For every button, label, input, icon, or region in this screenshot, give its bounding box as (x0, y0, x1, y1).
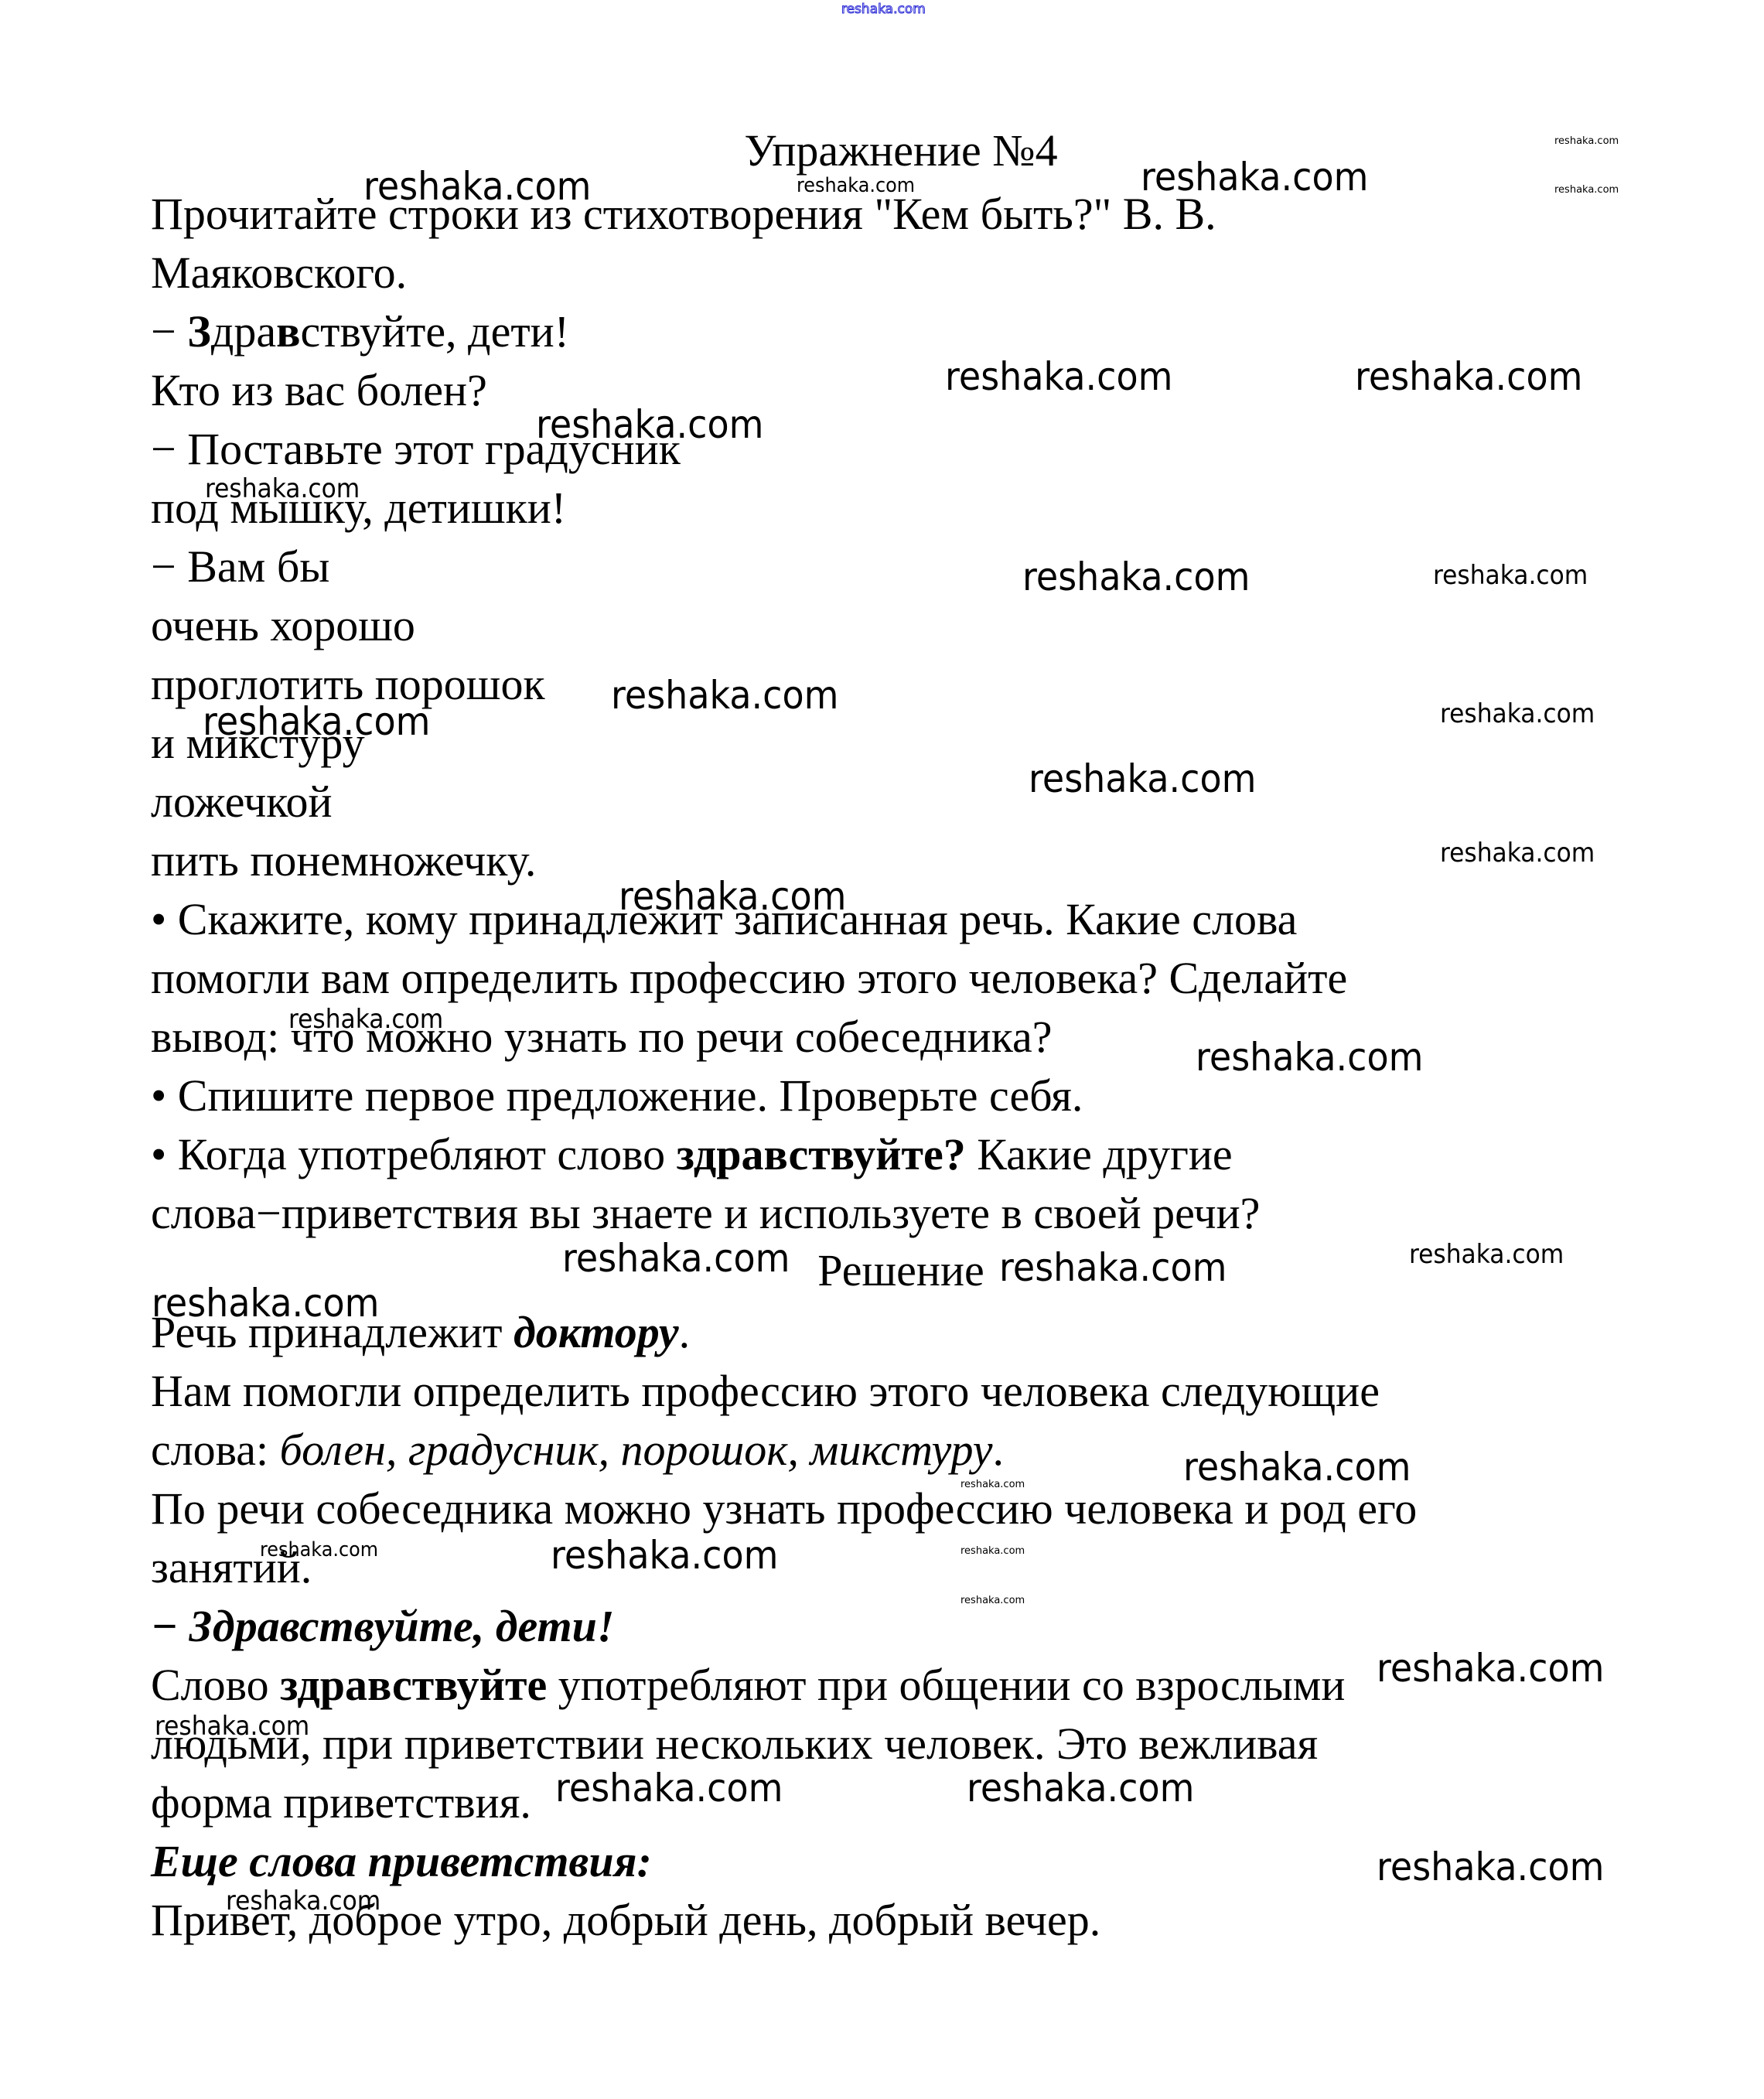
task-2: • Спишите первое предложение. Проверьте … (151, 1070, 1083, 1121)
solution-bold-word: здравствуйте (280, 1660, 547, 1710)
solution-text: Слово (151, 1660, 280, 1710)
solution-p4-line-3: форма приветствия. (151, 1777, 531, 1828)
watermark: reshaka.com (1029, 756, 1256, 801)
watermark: reshaka.com (945, 354, 1172, 399)
poem-text: дра (211, 306, 276, 357)
watermark: reshaka.com (611, 673, 838, 718)
solution-emphasis: болен, градусник, порошок, микстуру (280, 1425, 993, 1475)
watermark: reshaka.com (1141, 155, 1368, 200)
watermark: reshaka.com (1554, 135, 1619, 147)
watermark: reshaka.com (288, 1004, 443, 1035)
watermark: reshaka.com (1377, 1646, 1604, 1691)
task-3-line-2: слова−приветствия вы знаете и использует… (151, 1188, 1260, 1239)
watermark: reshaka.com (1355, 354, 1582, 399)
watermark: reshaka.com (260, 1538, 378, 1561)
solution-more-heading: Еще слова приветствия: (151, 1836, 652, 1887)
task-3-line-1: • Когда употребляют слово здравствуйте? … (151, 1129, 1233, 1180)
watermark: reshaka.com (1183, 1445, 1411, 1490)
watermark: reshaka.com (1440, 838, 1595, 869)
watermark: reshaka.com (960, 1595, 1025, 1606)
task-text: Какие другие (966, 1129, 1233, 1179)
solution-p3-line-1: По речи собеседника можно узнать професс… (151, 1483, 1417, 1534)
task-text: • Когда употребляют слово (151, 1129, 677, 1179)
solution-emphasis: доктору (514, 1307, 679, 1357)
solution-p2-line-2: слова: болен, градусник, порошок, миксту… (151, 1425, 1004, 1476)
watermark: reshaka.com (1433, 560, 1588, 591)
watermark: reshaka.com (960, 1545, 1025, 1557)
poem-line-6: очень хорошо (151, 600, 415, 651)
watermark-top: reshaka.com (841, 2, 926, 17)
solution-greeting: − Здравствуйте, дети! (151, 1601, 614, 1652)
watermark: reshaka.com (536, 402, 763, 447)
poem-dash: − (151, 306, 187, 357)
watermark: reshaka.com (1022, 555, 1250, 599)
watermark: reshaka.com (1554, 184, 1619, 196)
solution-text: . (679, 1307, 691, 1357)
poem-text: ствуйте, дети! (300, 306, 569, 357)
solution-text: употребляют при общении со взрослыми (547, 1660, 1345, 1710)
exercise-intro-line-1: Прочитайте строки из стихотворения "Кем … (151, 189, 1216, 240)
watermark: reshaka.com (226, 1886, 380, 1916)
poem-line-10: пить понемножечку. (151, 835, 536, 886)
watermark: reshaka.com (1377, 1845, 1604, 1889)
watermark: reshaka.com (205, 473, 360, 504)
watermark: reshaka.com (203, 699, 430, 744)
poem-line-5: − Вам бы (151, 541, 329, 592)
watermark: reshaka.com (1196, 1035, 1423, 1080)
solution-p4-line-2: людьми, при приветствии нескольких челов… (151, 1718, 1318, 1770)
watermark: reshaka.com (619, 874, 846, 919)
solution-text: слова: (151, 1425, 280, 1475)
poem-bold-letter: З (187, 306, 211, 357)
task-1-line-3: вывод: что можно узнать по речи собеседн… (151, 1012, 1052, 1063)
watermark: reshaka.com (967, 1766, 1194, 1811)
task-1-line-2: помогли вам определить профессию этого ч… (151, 953, 1347, 1004)
watermark: reshaka.com (1440, 698, 1595, 729)
watermark: reshaka.com (960, 1479, 1025, 1490)
poem-line-1: − Здравствуйте, дети! (151, 306, 569, 357)
watermark: reshaka.com (551, 1533, 778, 1578)
exercise-intro-line-2: Маяковского. (151, 247, 407, 299)
poem-bold-letter: в (276, 306, 300, 357)
solution-p4-line-1: Слово здравствуйте употребляют при общен… (151, 1660, 1345, 1711)
watermark: reshaka.com (797, 174, 915, 197)
poem-line-2: Кто из вас болен? (151, 365, 487, 416)
solution-p2-line-1: Нам помогли определить профессию этого ч… (151, 1366, 1380, 1417)
document-page: reshaka.com Упражнение №4 Прочитайте стр… (0, 0, 1764, 2099)
watermark: reshaka.com (155, 1711, 309, 1742)
poem-line-9: ложечкой (151, 776, 333, 828)
exercise-title: Упражнение №4 (0, 125, 1764, 176)
task-bold-word: здравствуйте? (677, 1129, 966, 1179)
watermark: reshaka.com (363, 164, 591, 209)
watermark: reshaka.com (555, 1766, 783, 1811)
watermark: reshaka.com (152, 1281, 379, 1326)
watermark: reshaka.com (562, 1236, 790, 1281)
watermark: reshaka.com (1409, 1239, 1564, 1270)
solution-text: . (992, 1425, 1004, 1475)
watermark: reshaka.com (999, 1245, 1227, 1290)
